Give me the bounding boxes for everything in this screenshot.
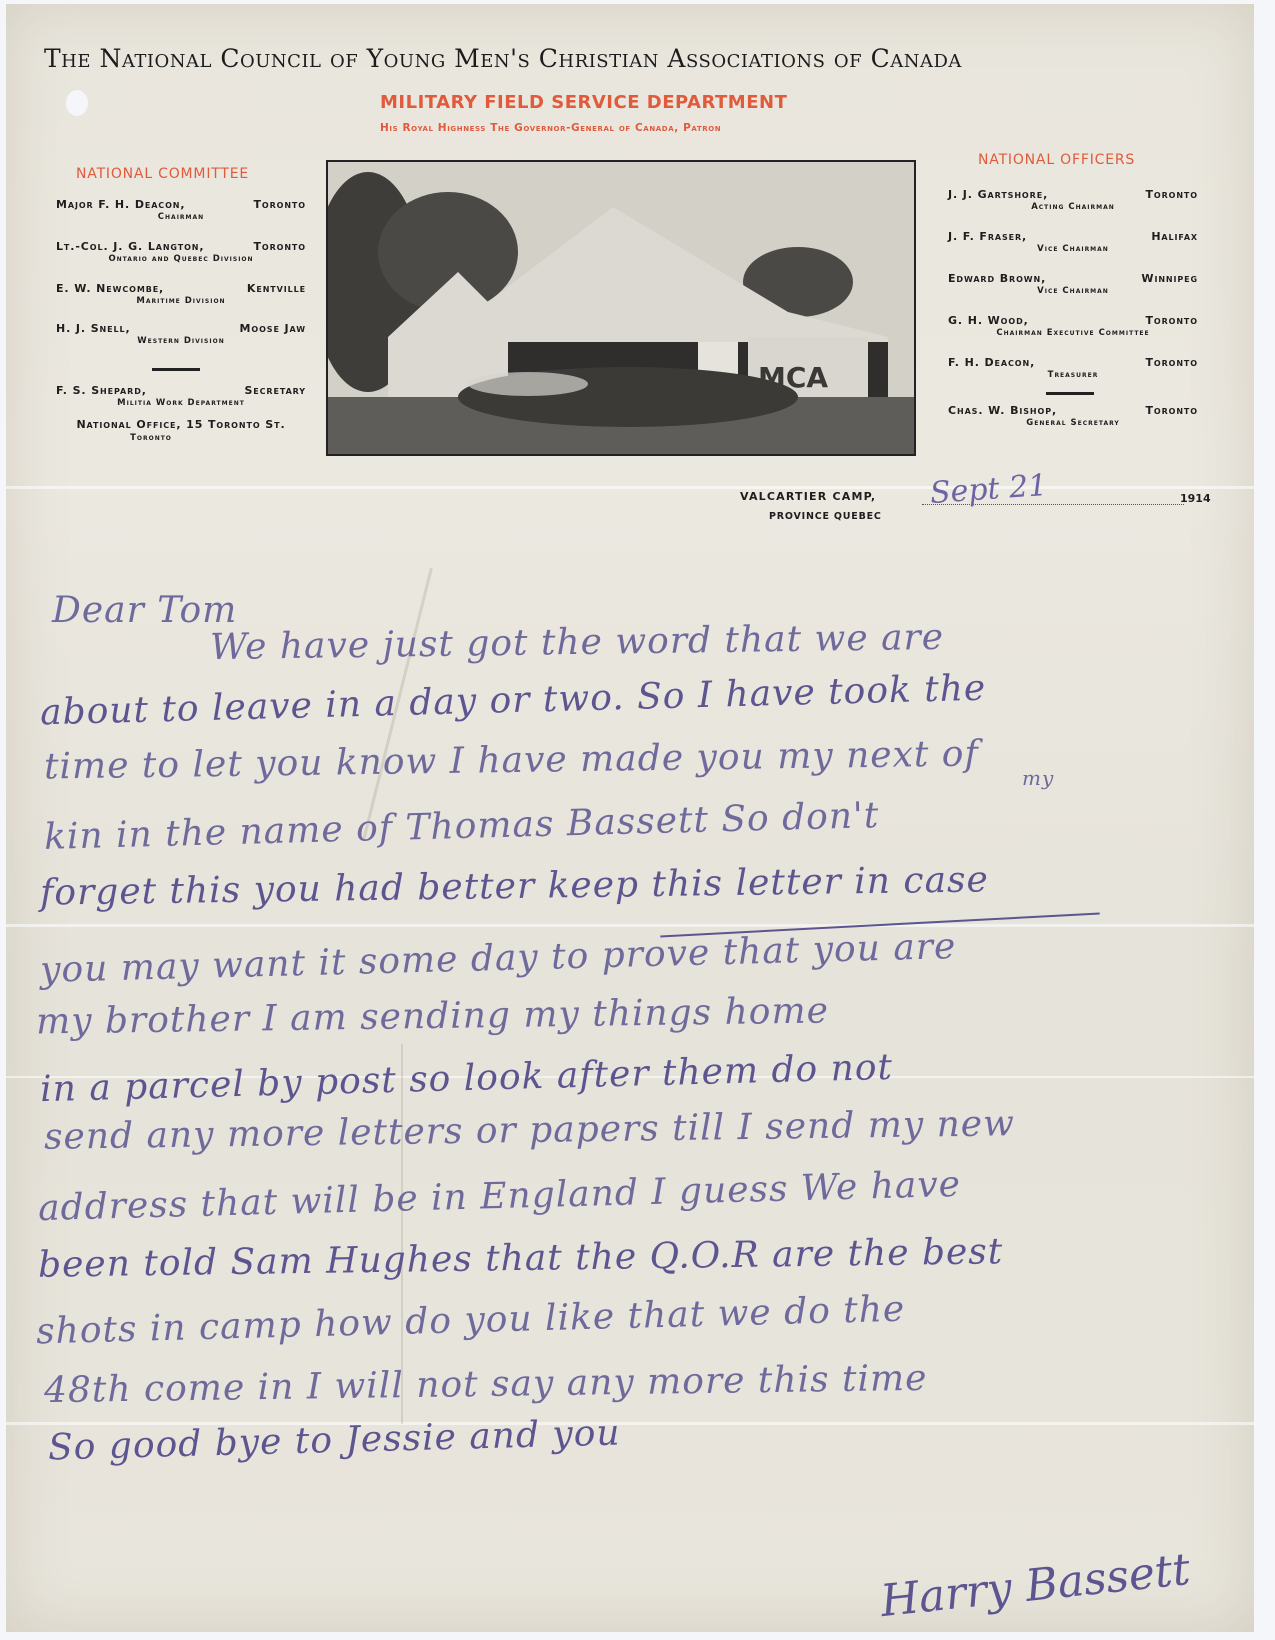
member-entry: F. S. Shepard,SecretaryMilitia Work Depa… [56,384,306,408]
national-officers-heading: NATIONAL OFFICERS [978,152,1135,168]
member-city: Toronto [253,198,306,211]
member-name: Edward Brown, [948,272,1046,285]
member-name: Chas. W. Bishop, [948,404,1057,417]
letterhead-title: The National Council of Young Men's Chri… [44,44,1224,73]
member-city: Toronto [1145,314,1198,327]
office-city: Toronto [0,433,306,443]
member-city: Toronto [1145,188,1198,201]
member-name: H. J. Snell, [56,322,131,335]
member-role: Militia Work Department [56,398,306,408]
member-city: Toronto [1145,356,1198,369]
member-city: Halifax [1151,230,1198,243]
punch-hole [66,90,88,116]
member-city: Moose Jaw [240,322,306,335]
member-name: Major F. H. Deacon, [56,198,185,211]
department-name: MILITARY FIELD SERVICE DEPARTMENT [380,92,787,113]
member-city: Toronto [253,240,306,253]
province-label: PROVINCE QUEBEC [769,511,882,522]
member-name: F. H. Deacon, [948,356,1035,369]
member-city: Winnipeg [1141,272,1198,285]
member-entry: Edward Brown,WinnipegVice Chairman [948,272,1198,296]
member-entry: Lt.-Col. J. G. Langton,TorontoOntario an… [56,240,306,264]
salutation: Dear Tom [52,590,237,631]
member-role: Chairman [56,212,306,222]
member-name: J. F. Fraser, [948,230,1027,243]
member-name: F. S. Shepard, [56,384,147,397]
year-label: 1914 [1180,492,1211,505]
member-role: General Secretary [948,418,1198,428]
ymca-tent-photo: MCA [326,160,916,456]
member-role: Ontario and Quebec Division [56,254,306,264]
member-entry: J. F. Fraser,HalifaxVice Chairman [948,230,1198,254]
member-role: Western Division [56,336,306,346]
member-role: Vice Chairman [948,244,1198,254]
divider [1046,392,1094,395]
place-label: VALCARTIER CAMP, [740,490,876,503]
member-entry: G. H. Wood,TorontoChairman Executive Com… [948,314,1198,338]
fold-line [6,486,1254,489]
member-name: G. H. Wood, [948,314,1029,327]
member-city: Secretary [244,384,306,397]
member-role: Acting Chairman [948,202,1198,212]
office-address: National Office, 15 Toronto St. [56,418,306,431]
member-entry: J. J. Gartshore,TorontoActing Chairman [948,188,1198,212]
member-entry: F. H. Deacon,TorontoTreasurer [948,356,1198,380]
member-role: Treasurer [948,370,1198,380]
member-name: J. J. Gartshore, [948,188,1048,201]
member-entry: Major F. H. Deacon,TorontoChairman [56,198,306,222]
member-entry: E. W. Newcombe,KentvilleMaritime Divisio… [56,282,306,306]
member-name: E. W. Newcombe, [56,282,164,295]
fold-line [6,924,1254,927]
divider [152,368,200,371]
inserted-word: my [1022,766,1054,790]
member-city: Kentville [247,282,306,295]
member-name: Lt.-Col. J. G. Langton, [56,240,204,253]
national-committee-heading: NATIONAL COMMITTEE [76,166,249,182]
member-role: Maritime Division [56,296,306,306]
member-entry: H. J. Snell,Moose JawWestern Division [56,322,306,346]
member-role: Vice Chairman [948,286,1198,296]
patron-line: His Royal Highness The Governor-General … [380,122,721,134]
member-entry: Chas. W. Bishop,TorontoGeneral Secretary [948,404,1198,428]
member-city: Toronto [1145,404,1198,417]
member-role: Chairman Executive Committee [948,328,1198,338]
national-office: National Office, 15 Toronto St. Toronto [56,418,306,443]
